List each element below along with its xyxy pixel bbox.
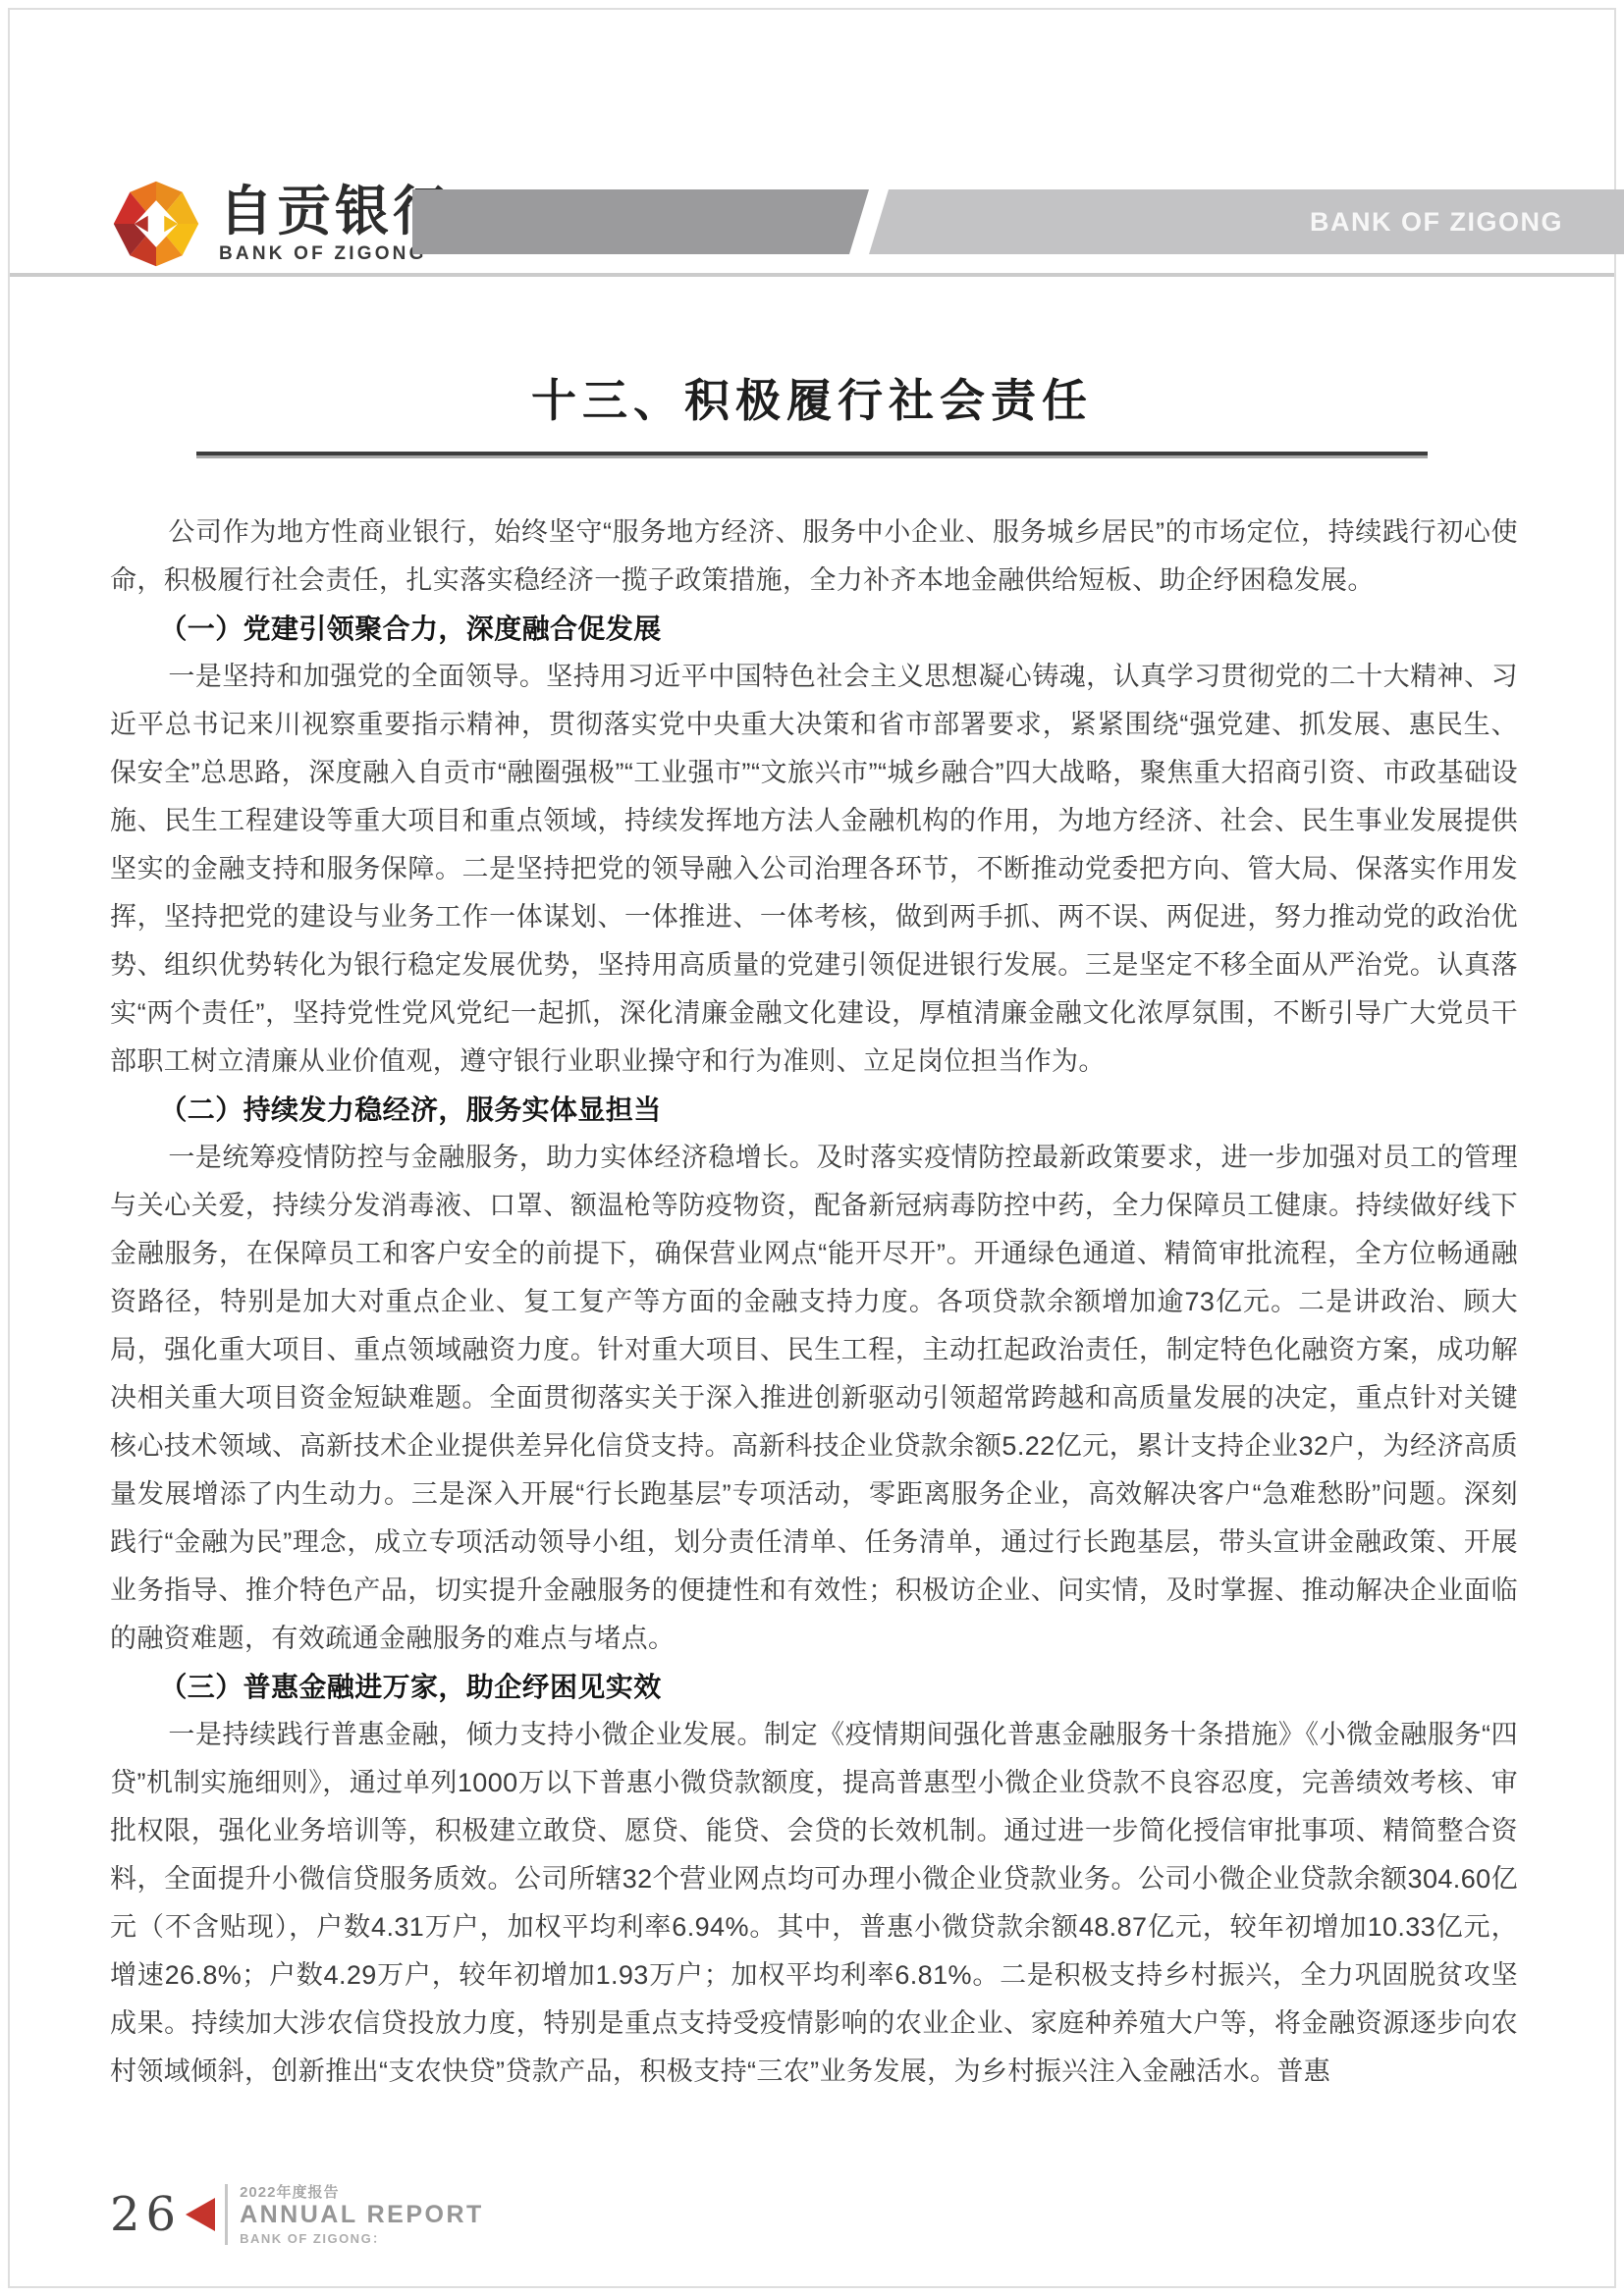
page-title: 十三、积极履行社会责任 [0, 365, 1624, 430]
red-triangle-icon [186, 2198, 215, 2231]
section-heading: （三）普惠金融进万家，助企纾困见实效 [110, 1663, 1518, 1711]
body-paragraph: 公司作为地方性商业银行，始终坚守“服务地方经济、服务中小企业、服务城乡居民”的市… [110, 508, 1518, 605]
banner-bank-name: BANK OF ZIGONG [1310, 207, 1624, 238]
footer-bank-name: BANK OF ZIGONG： [240, 2228, 484, 2247]
body-paragraph: 一是统筹疫情防控与金融服务，助力实体经济稳增长。及时落实疫情防控最新政策要求，进… [110, 1134, 1518, 1663]
footer-report-year: 2022年度报告 [240, 2181, 484, 2202]
header-divider [10, 273, 1614, 277]
bank-logo: 自贡银行 BANK OF ZIGONG [111, 177, 451, 271]
banner-light-segment: BANK OF ZIGONG [869, 189, 1624, 254]
banner-dark-segment [412, 189, 869, 254]
page-footer: 26 2022年度报告 ANNUAL REPORT BANK OF ZIGONG… [110, 2181, 484, 2247]
section-heading: （二）持续发力稳经济，服务实体显担当 [110, 1086, 1518, 1134]
footer-report-info: 2022年度报告 ANNUAL REPORT BANK OF ZIGONG： [240, 2181, 484, 2247]
section-heading: （一）党建引领聚合力，深度融合促发展 [110, 605, 1518, 653]
page-number: 26 [110, 2185, 182, 2244]
footer-report-title: ANNUAL REPORT [240, 2202, 484, 2228]
footer-divider [225, 2184, 228, 2245]
report-page: 自贡银行 BANK OF ZIGONG BANK OF ZIGONG 十三、积极… [0, 0, 1624, 2296]
bank-logo-gem-icon [111, 177, 201, 271]
body-paragraph: 一是持续践行普惠金融，倾力支持小微企业发展。制定《疫情期间强化普惠金融服务十条措… [110, 1711, 1518, 2096]
body-paragraph: 一是坚持和加强党的全面领导。坚持用习近平中国特色社会主义思想凝心铸魂，认真学习贯… [110, 653, 1518, 1086]
title-divider [196, 452, 1428, 458]
content-paragraphs: 公司作为地方性商业银行，始终坚守“服务地方经济、服务中小企业、服务城乡居民”的市… [110, 508, 1518, 2096]
